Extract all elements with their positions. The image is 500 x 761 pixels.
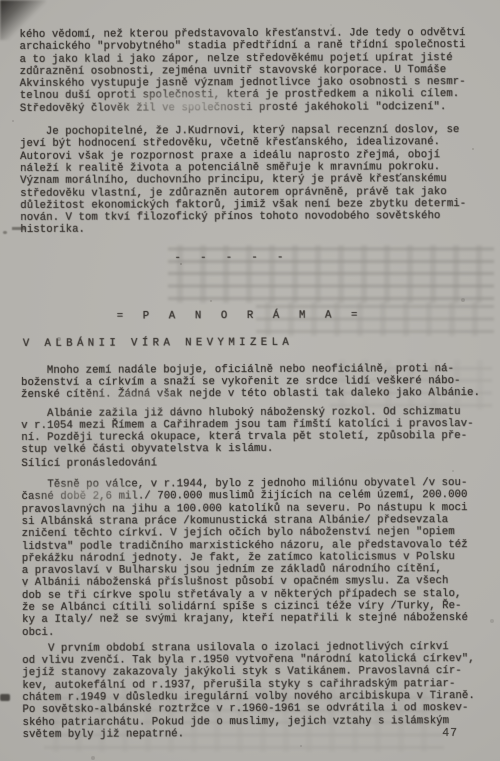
paragraph-kudrna-review: Je pochopitelné, že J.Kudrnovi, který na… — [20, 124, 491, 237]
paragraph-continued-from-previous-page: kého vědomí, než kterou představovalo kř… — [19, 27, 490, 115]
text-blocks: kého vědomí, než kterou představovalo kř… — [0, 0, 500, 741]
paragraph-schism-history: Albánie zažila již dávno hluboký nábožen… — [21, 405, 492, 456]
scanned-page: kého vědomí, než kterou představovalo kř… — [0, 0, 500, 761]
dash-separator: - - - - - — [174, 251, 491, 265]
subheading-persecution: Sílící pronásledování — [21, 456, 492, 470]
paragraph-intro: Mnoho zemí nadále bojuje, oficiálně nebo… — [21, 363, 492, 402]
page-number: 47 — [442, 727, 458, 740]
section-heading-panorama: = P A N O R Á M A = — [117, 309, 492, 323]
paragraph-postwar-situation: Těsně po válce, v r.1944, bylo z jednoho… — [21, 477, 493, 639]
paragraph-church-isolation: V prvním období strana usilovala o izola… — [22, 641, 493, 741]
article-title-albania: V ALBÁNII VÍRA NEVYMIZELA — [23, 336, 492, 350]
